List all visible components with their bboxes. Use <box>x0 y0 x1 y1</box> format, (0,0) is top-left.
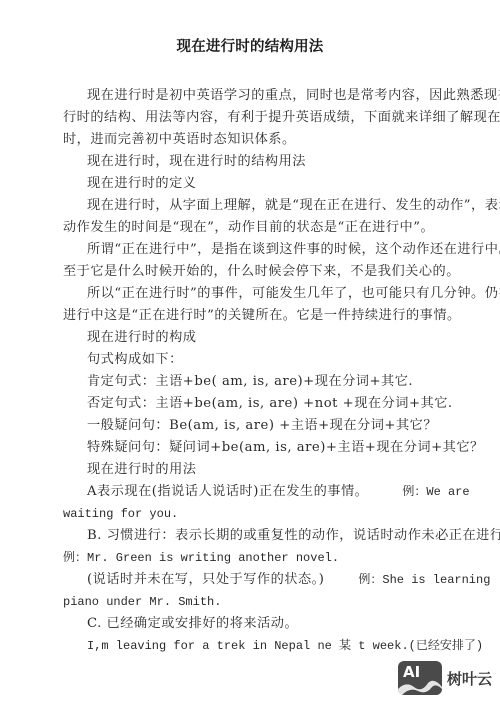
paragraph-line: 所以“正在进行时”的事件，可能发生几年了，也可能只有几分钟。仍在 <box>63 283 435 305</box>
watermark-logo: AI 树叶云 <box>398 661 492 695</box>
usage-b: B. 习惯进行：表示长期的或重复性的动作，说话时动作未必正在进行。 <box>63 525 435 547</box>
section-heading: 现在进行时的构成 <box>63 327 435 349</box>
section-heading: 现在进行时，现在进行时的结构用法 <box>63 151 435 173</box>
formula-negative: 否定句式：主语+be(am, is, are) +not +现在分词+其它. <box>63 393 435 415</box>
mountain-icon <box>398 675 442 695</box>
section-heading: 现在进行时的定义 <box>63 173 435 195</box>
formula-special-question: 特殊疑问句：疑问词+be(am, is, are)+主语+现在分词+其它？ <box>63 437 435 459</box>
brand-name: 树叶云 <box>447 668 492 689</box>
usage-a-example: 例：We are <box>402 485 469 499</box>
document-body: 现在进行时是初中英语学习的重点，同时也是常考内容，因此熟悉现在进 行时的结构、用… <box>63 85 435 657</box>
paragraph-line: 进行中这是“正在进行时”的关键所在。它是一件持续进行的事情。 <box>63 305 435 327</box>
paragraph-line: 所谓“正在进行中”，是指在谈到这件事的时候，这个动作还在进行中。 <box>63 239 435 261</box>
usage-c: C. 已经确定或安排好的将来活动。 <box>63 613 435 635</box>
usage-b-note-text: (说话时并未在写，只处于写作的状态。) <box>87 572 324 587</box>
ai-image-icon: AI <box>398 661 442 695</box>
paragraph-line: 时，进而完善初中英语时态知识体系。 <box>63 129 435 151</box>
example-line: 例：Mr. Green is writing another novel. <box>63 547 435 569</box>
paragraph-line: 至于它是什么时候开始的，什么时候会停下来，不是我们关心的。 <box>63 261 435 283</box>
section-heading: 现在进行时的用法 <box>63 459 435 481</box>
paragraph-line: 动作发生的时间是“现在”，动作目前的状态是“正在进行中”。 <box>63 217 435 239</box>
formula-general-question: 一般疑问句：Be(am, is, are) +主语+现在分词+其它？ <box>63 415 435 437</box>
usage-a-text: A表示现在(指说话人说话时)正在发生的事情。 <box>87 484 368 499</box>
example-line: waiting for you. <box>63 503 435 525</box>
usage-b-note: (说话时并未在写，只处于写作的状态。)例：She is learning <box>63 569 435 591</box>
paragraph-line: 句式构成如下： <box>63 349 435 371</box>
formula-affirmative: 肯定句式：主语+be( am, is, are)+现在分词+其它. <box>63 371 435 393</box>
paragraph-line: 现在进行时，从字面上理解，就是“现在正在进行、发生的动作”，表示 <box>63 195 435 217</box>
document-title: 现在进行时的结构用法 <box>0 35 500 56</box>
example-line: I,m leaving for a trek in Nepal ne 某 t w… <box>63 635 435 657</box>
example-line: piano under Mr. Smith. <box>63 591 435 613</box>
usage-b-note-example: 例：She is learning <box>358 573 490 587</box>
paragraph-line: 现在进行时是初中英语学习的重点，同时也是常考内容，因此熟悉现在进 <box>63 85 435 107</box>
usage-a: A表示现在(指说话人说话时)正在发生的事情。例：We are <box>63 481 435 503</box>
paragraph-line: 行时的结构、用法等内容，有利于提升英语成绩，下面就来详细了解现在进行 <box>63 107 435 129</box>
